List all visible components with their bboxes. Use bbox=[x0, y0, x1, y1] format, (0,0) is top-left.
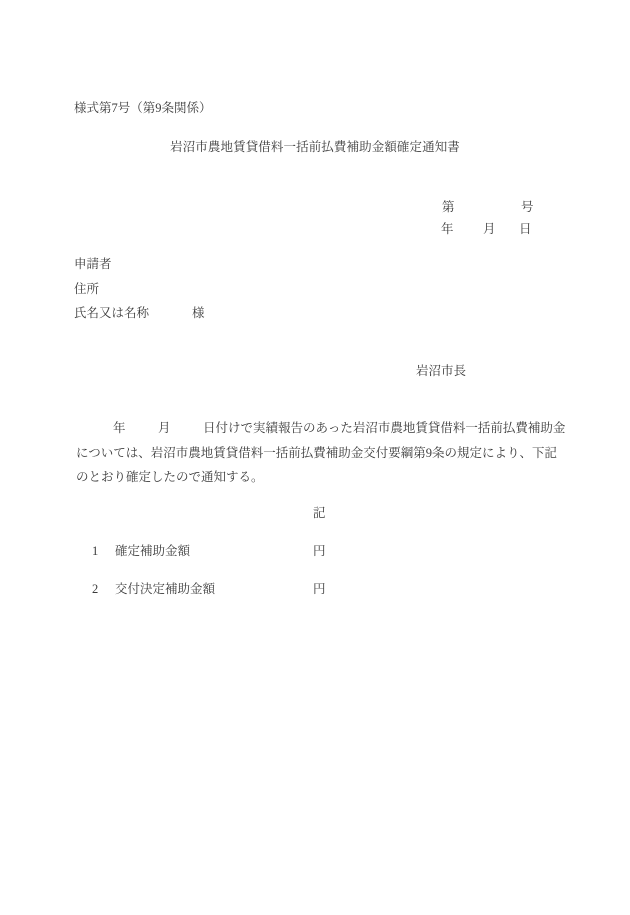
item-unit: 円 bbox=[313, 582, 326, 596]
item-label: 交付決定補助金額 bbox=[115, 582, 215, 596]
body-line-3: のとおり確定したので通知する。 bbox=[76, 470, 264, 484]
item-number: 2 bbox=[92, 582, 98, 596]
body-line1-text: 日付けで実績報告のあった岩沼市農地賃貸借料一括前払費補助金 bbox=[203, 421, 565, 435]
applicant-address-label: 住所 bbox=[74, 282, 99, 296]
body-line1-year-label: 年 bbox=[113, 421, 126, 435]
date-month-label: 月 bbox=[483, 222, 496, 236]
record-heading: 記 bbox=[313, 506, 326, 520]
notice-document-page: 様式第7号（第9条関係） 岩沼市農地賃貸借料一括前払費補助金額確定通知書 第 号… bbox=[0, 0, 630, 915]
item-label: 確定補助金額 bbox=[115, 544, 190, 558]
item-number: 1 bbox=[92, 544, 98, 558]
applicant-label: 申請者 bbox=[74, 257, 112, 271]
issuer-name: 岩沼市長 bbox=[416, 364, 466, 378]
date-year-label: 年 bbox=[441, 222, 454, 236]
document-title: 岩沼市農地賃貸借料一括前払費補助金額確定通知書 bbox=[0, 140, 630, 154]
date-day-label: 日 bbox=[519, 222, 532, 236]
doc-number-suffix: 号 bbox=[521, 200, 534, 214]
body-line1-month-label: 月 bbox=[158, 421, 171, 435]
applicant-honorific: 様 bbox=[192, 306, 205, 320]
item-unit: 円 bbox=[313, 544, 326, 558]
applicant-name-label: 氏名又は名称 bbox=[74, 306, 149, 320]
body-line-2: については、岩沼市農地賃貸借料一括前払費補助金交付要綱第9条の規定により、下記 bbox=[76, 446, 557, 460]
doc-number-prefix: 第 bbox=[442, 200, 455, 214]
form-number: 様式第7号（第9条関係） bbox=[74, 101, 212, 115]
